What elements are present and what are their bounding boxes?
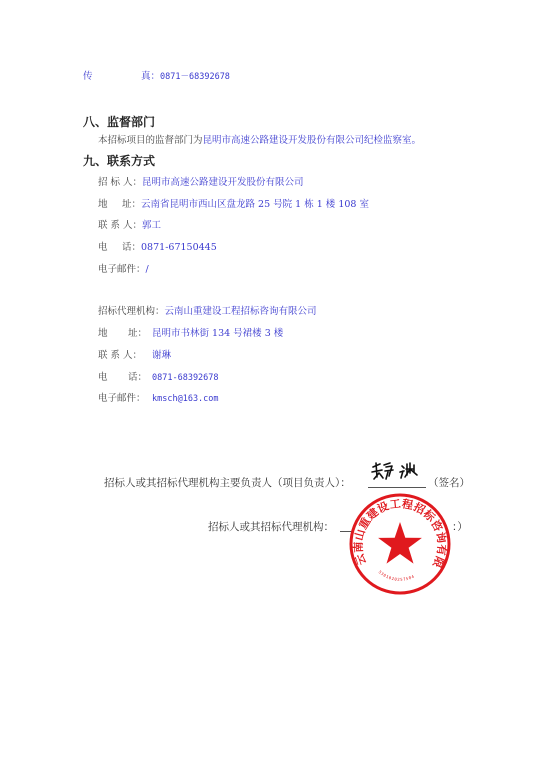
tenderer-address-label-right: 址：	[122, 199, 141, 210]
agency-contact-row: 联 系 人：谢琳	[98, 350, 171, 362]
agency-name-row: 招标代理机构：云南山重建设工程招标咨询有限公司	[98, 306, 317, 318]
tenderer-phone-value: 0871-67150445	[141, 242, 217, 253]
agency-name-label: 招标代理机构：	[98, 306, 165, 317]
section-8-body: 本招标项目的监督部门为昆明市高速公路建设开发股份有限公司纪检监察室。	[98, 135, 421, 147]
tenderer-name-value: 昆明市高速公路建设开发股份有限公司	[142, 177, 304, 188]
tenderer-address-value: 云南省昆明市西山区盘龙路 25 号院 1 栋 1 楼 108 室	[141, 199, 369, 210]
principal-signature-suffix: （签名）	[428, 475, 470, 490]
tenderer-email-row: 电子邮件：/	[98, 264, 149, 276]
fax-value: 0871－68392678	[160, 72, 230, 82]
tenderer-contact-label: 联 系 人：	[98, 220, 142, 231]
fax-label-right: 真：	[141, 71, 160, 82]
section-8-body-highlight: 昆明市高速公路建设开发股份有限公司纪检监察室。	[203, 135, 422, 146]
section-9-heading: 九、联系方式	[83, 154, 155, 168]
tenderer-email-value: /	[146, 264, 149, 275]
tenderer-phone-label-right: 话：	[122, 242, 141, 253]
tenderer-phone-label-left: 电	[98, 242, 122, 254]
agency-phone-label-right: 话：	[128, 372, 152, 384]
agency-contact-value: 谢琳	[152, 350, 171, 361]
tenderer-name-row: 招 标 人：昆明市高速公路建设开发股份有限公司	[98, 177, 304, 189]
principal-signature-line	[368, 487, 426, 488]
org-seal-suffix: ：）	[452, 519, 468, 534]
fax-row: 传真：0871－68392678	[83, 71, 230, 83]
agency-phone-value: 0871-68392678	[152, 373, 219, 383]
fax-label-left: 传	[83, 71, 141, 83]
company-seal-icon: 云南山重建设工程招标咨询有限公司 5301020257504	[348, 492, 452, 596]
org-seal-label: 招标人或其招标代理机构：	[208, 519, 334, 534]
agency-phone-row: 电话：0871-68392678	[98, 372, 219, 384]
agency-phone-label-left: 电	[98, 372, 128, 384]
principal-signature-label: 招标人或其招标代理机构主要负责人（项目负责人）：	[104, 475, 351, 490]
agency-email-label: 电子邮件：	[98, 393, 152, 405]
agency-name-value: 云南山重建设工程招标咨询有限公司	[165, 306, 317, 317]
agency-address-label-left: 地	[98, 328, 128, 340]
agency-email-row: 电子邮件：kmsch@163.com	[98, 393, 219, 405]
agency-address-label-right: 址：	[128, 328, 152, 340]
tenderer-address-row: 地址：云南省昆明市西山区盘龙路 25 号院 1 栋 1 楼 108 室	[98, 199, 369, 211]
section-8-body-prefix: 本招标项目的监督部门为	[98, 135, 203, 146]
tenderer-email-label: 电子邮件：	[98, 264, 146, 275]
section-8-heading: 八、监督部门	[83, 115, 155, 129]
tenderer-phone-row: 电话：0871-67150445	[98, 242, 217, 254]
tenderer-address-label-left: 地	[98, 199, 122, 211]
agency-address-row: 地址：昆明市书林街 134 号裙楼 3 楼	[98, 328, 283, 340]
tenderer-contact-value: 郭工	[142, 220, 161, 231]
agency-address-value: 昆明市书林街 134 号裙楼 3 楼	[152, 328, 283, 339]
agency-email-value: kmsch@163.com	[152, 394, 219, 404]
handwritten-signature-icon	[370, 459, 426, 483]
tenderer-contact-row: 联 系 人：郭工	[98, 220, 161, 232]
agency-contact-label: 联 系 人：	[98, 350, 152, 362]
svg-text:5301020257504: 5301020257504	[378, 569, 416, 582]
tenderer-name-label: 招 标 人：	[98, 177, 142, 188]
